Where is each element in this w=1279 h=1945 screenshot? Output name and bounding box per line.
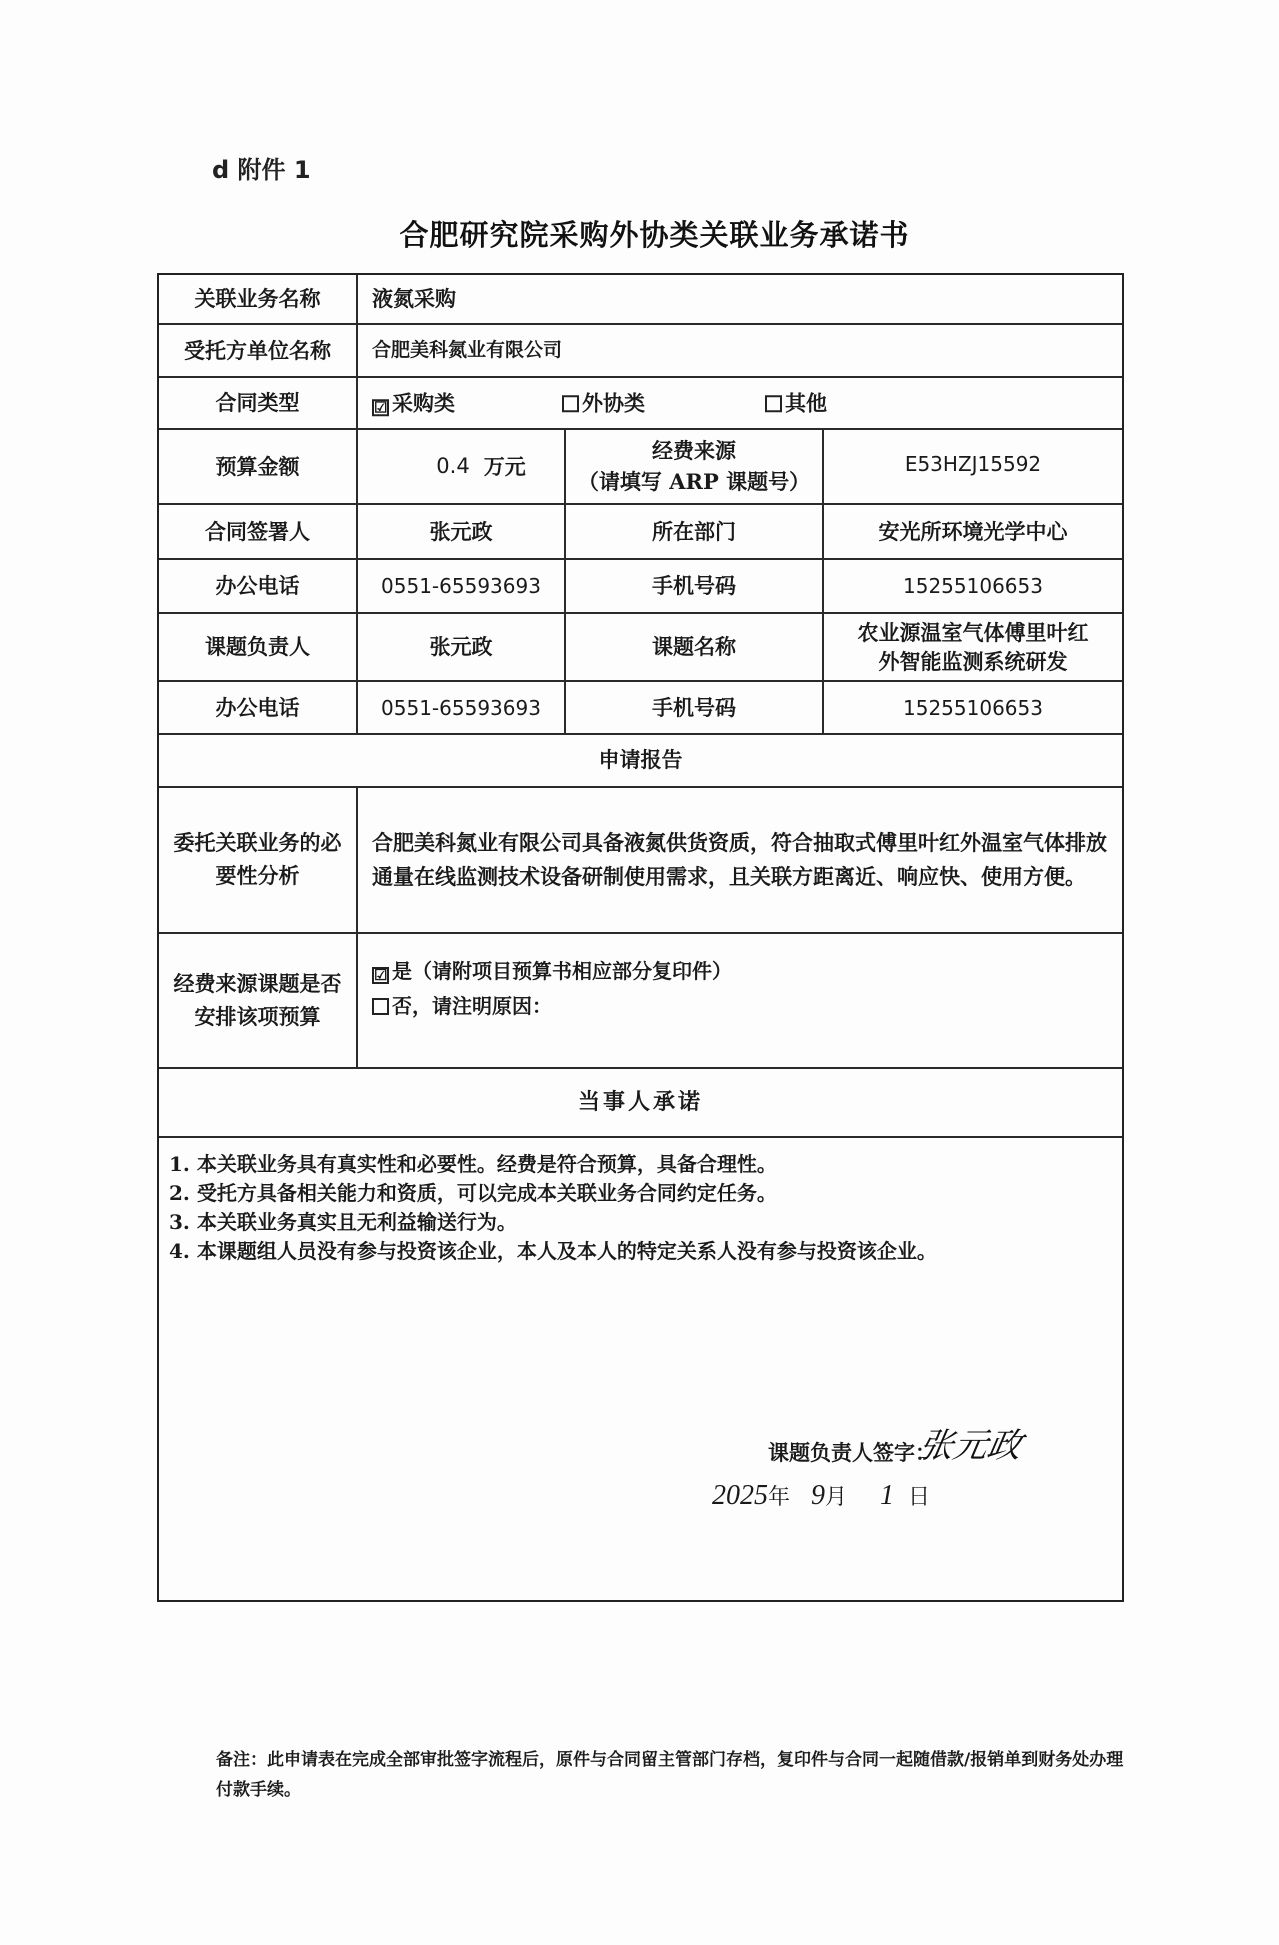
row-pledge-header: 当事人承诺 (159, 1069, 1122, 1138)
label-signer: 合同签署人 (159, 505, 358, 558)
label-office-phone: 办公电话 (159, 560, 358, 612)
option-purchase[interactable]: ☑采购类 (372, 387, 455, 419)
handwritten-signature[interactable]: 张元政 (916, 1418, 1027, 1467)
document-title: 合肥研究院采购外协类关联业务承诺书 (0, 213, 1279, 254)
date-year: 2025 (712, 1480, 768, 1511)
value-necessity[interactable]: 合肥美科氮业有限公司具备液氮供货资质，符合抽取式傅里叶红外温室气体排放通量在线监… (358, 788, 1122, 932)
value-department[interactable]: 安光所环境光学中心 (824, 505, 1122, 558)
label-mobile: 手机号码 (566, 682, 824, 733)
value-project-lead[interactable]: 张元政 (358, 614, 566, 680)
value-business-name[interactable]: 液氮采购 (358, 275, 1122, 323)
signature-label: 课题负责人签字： (768, 1437, 936, 1467)
pledge-item: 2. 受托方具备相关能力和资质，可以完成本关联业务合同约定任务。 (169, 1179, 1112, 1208)
option-other[interactable]: 其他 (765, 387, 827, 419)
value-fund-source[interactable]: E53HZJ15592 (824, 430, 1122, 503)
contract-type-options: ☑采购类 外协类 其他 (358, 378, 1122, 428)
option-no[interactable]: 否，请注明原因： (372, 991, 552, 1021)
value-mobile[interactable]: 15255106653 (824, 560, 1122, 612)
row-budget-check: 经费来源课题是否 安排该项预算 ☑是（请附项目预算书相应部分复印件） 否，请注明… (159, 934, 1122, 1069)
row-signer-phone: 办公电话 0551-65593693 手机号码 15255106653 (159, 560, 1122, 614)
budget-amount: 0.4 (436, 451, 469, 483)
label-business-name: 关联业务名称 (159, 275, 358, 323)
row-lead-phone: 办公电话 0551-65593693 手机号码 15255106653 (159, 682, 1122, 735)
label-budget: 预算金额 (159, 430, 358, 503)
value-trustee[interactable]: 合肥美科氮业有限公司 (358, 325, 1122, 376)
row-business-name: 关联业务名称 液氮采购 (159, 275, 1122, 325)
pledge-item: 4. 本课题组人员没有参与投资该企业，本人及本人的特定关系人没有参与投资该企业。 (169, 1237, 1112, 1266)
label-trustee: 受托方单位名称 (159, 325, 358, 376)
row-trustee: 受托方单位名称 合肥美科氮业有限公司 (159, 325, 1122, 378)
value-project-name[interactable]: 农业源温室气体傅里叶红 外智能监测系统研发 (824, 614, 1122, 680)
section-heading-pledge: 当事人承诺 (159, 1069, 1122, 1136)
value-office-phone[interactable]: 0551-65593693 (358, 682, 566, 733)
value-office-phone[interactable]: 0551-65593693 (358, 560, 566, 612)
signature-date[interactable]: 2025年 9月 1日 (712, 1480, 930, 1512)
row-project-lead: 课题负责人 张元政 课题名称 农业源温室气体傅里叶红 外智能监测系统研发 (159, 614, 1122, 682)
label-project-name: 课题名称 (566, 614, 824, 680)
date-day: 1 (880, 1480, 894, 1511)
row-contract-type: 合同类型 ☑采购类 外协类 其他 (159, 378, 1122, 430)
checkbox-empty-icon[interactable] (372, 998, 389, 1015)
row-report-header: 申请报告 (159, 735, 1122, 788)
checkbox-empty-icon[interactable] (765, 395, 782, 412)
attachment-label: d 附件 1 (212, 150, 311, 185)
value-budget[interactable]: 0.4 万元 (358, 430, 566, 503)
label-mobile: 手机号码 (566, 560, 824, 612)
label-fund-source: 经费来源 （请填写 ARP 课题号） (566, 430, 824, 503)
option-outsourcing[interactable]: 外协类 (562, 387, 645, 419)
pledge-item: 1. 本关联业务具有真实性和必要性。经费是符合预算，具备合理性。 (169, 1150, 1112, 1179)
checkbox-checked-icon[interactable]: ☑ (372, 967, 389, 984)
label-budget-check: 经费来源课题是否 安排该项预算 (159, 934, 358, 1067)
value-signer[interactable]: 张元政 (358, 505, 566, 558)
section-heading-report: 申请报告 (159, 735, 1122, 786)
label-project-lead: 课题负责人 (159, 614, 358, 680)
row-signer: 合同签署人 张元政 所在部门 安光所环境光学中心 (159, 505, 1122, 560)
value-mobile[interactable]: 15255106653 (824, 682, 1122, 733)
label-department: 所在部门 (566, 505, 824, 558)
date-month: 9 (811, 1480, 825, 1511)
row-necessity: 委托关联业务的必 要性分析 合肥美科氮业有限公司具备液氮供货资质，符合抽取式傅里… (159, 788, 1122, 934)
label-contract-type: 合同类型 (159, 378, 358, 428)
footer-note: 备注：此申请表在完成全部审批签字流程后，原件与合同留主管部门存档，复印件与合同一… (216, 1745, 1136, 1805)
budget-check-options: ☑是（请附项目预算书相应部分复印件） 否，请注明原因： (358, 934, 1122, 1067)
commitment-form: 关联业务名称 液氮采购 受托方单位名称 合肥美科氮业有限公司 合同类型 ☑采购类… (157, 273, 1124, 1602)
row-budget: 预算金额 0.4 万元 经费来源 （请填写 ARP 课题号） E53HZJ155… (159, 430, 1122, 505)
pledge-area: 1. 本关联业务具有真实性和必要性。经费是符合预算，具备合理性。 2. 受托方具… (159, 1138, 1122, 1600)
checkbox-checked-icon[interactable]: ☑ (372, 399, 389, 416)
label-necessity: 委托关联业务的必 要性分析 (159, 788, 358, 932)
pledge-list: 1. 本关联业务具有真实性和必要性。经费是符合预算，具备合理性。 2. 受托方具… (169, 1150, 1112, 1266)
checkbox-empty-icon[interactable] (562, 395, 579, 412)
pledge-item: 3. 本关联业务真实且无利益输送行为。 (169, 1208, 1112, 1237)
budget-unit: 万元 (484, 451, 526, 483)
option-yes[interactable]: ☑是（请附项目预算书相应部分复印件） (372, 956, 732, 986)
label-office-phone: 办公电话 (159, 682, 358, 733)
